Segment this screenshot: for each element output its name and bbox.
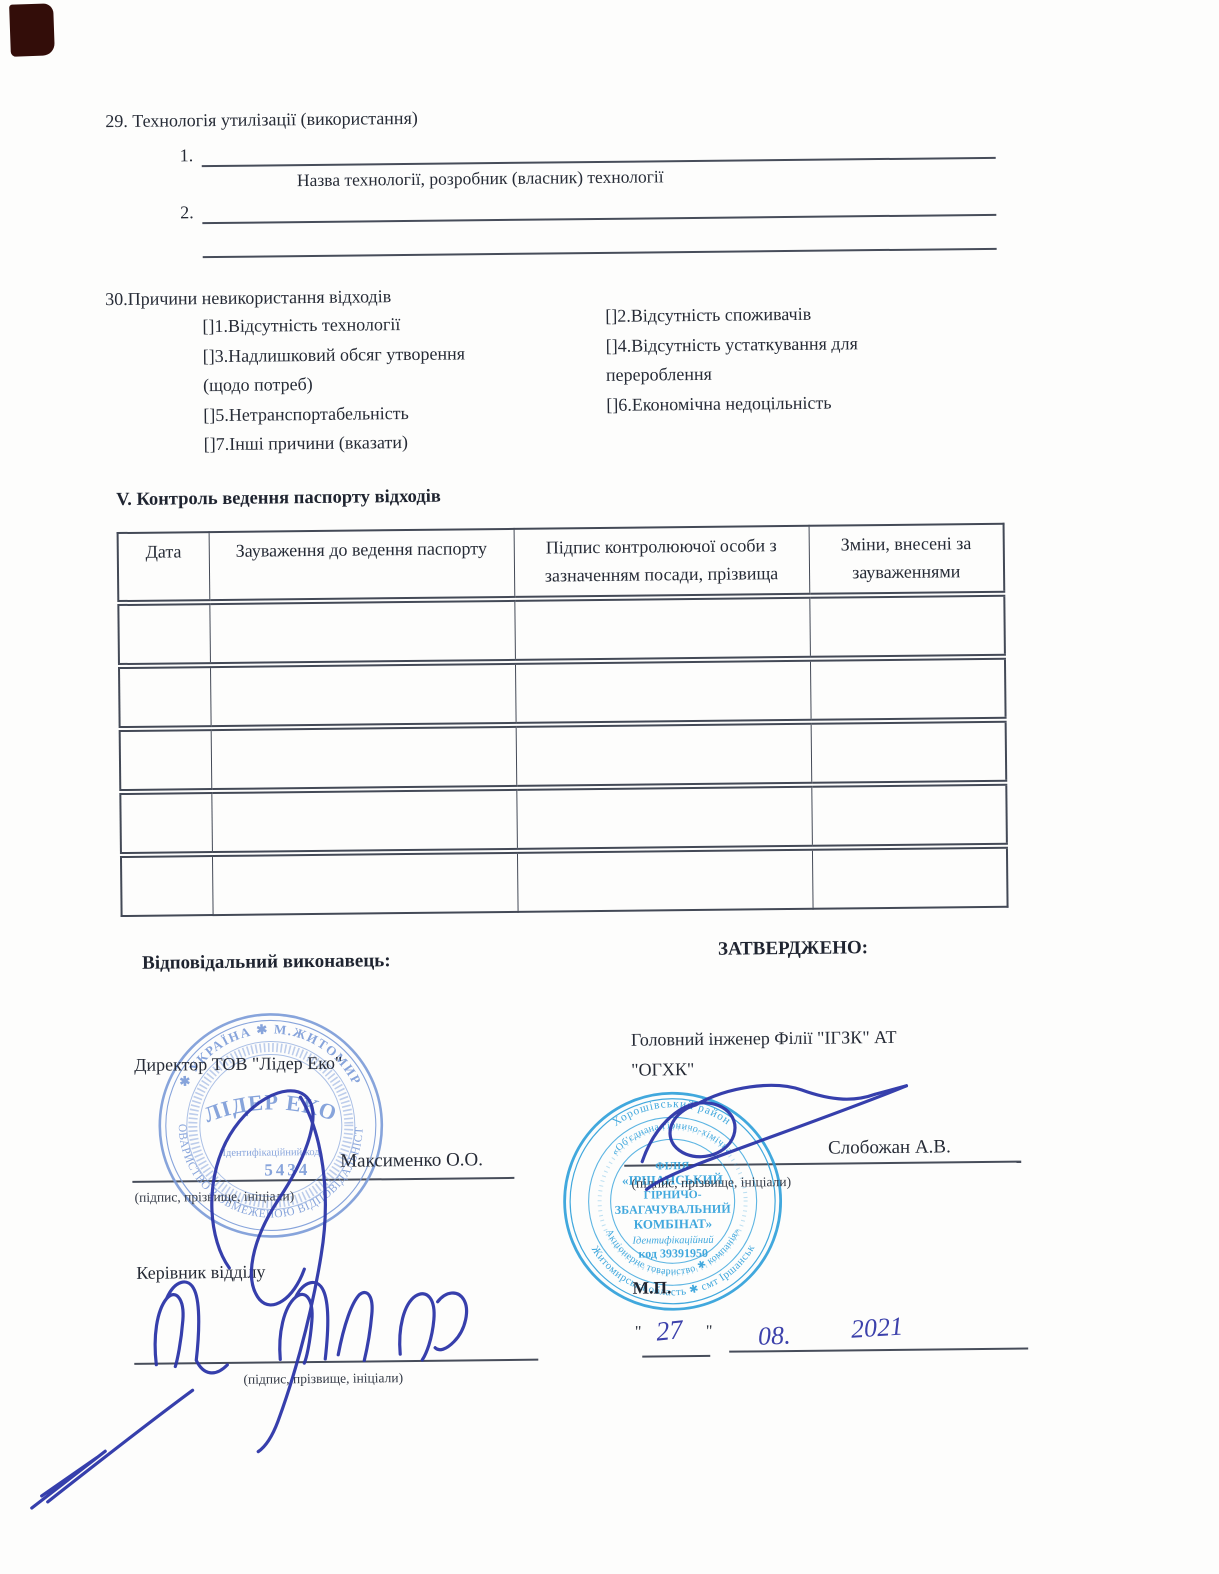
handwritten-day: 27	[655, 1314, 685, 1347]
signature-ink-flourish-double	[31, 1451, 106, 1508]
stamp-center-line-filia: ФІЛІЯ	[655, 1160, 689, 1172]
table-header-row: Дата Зауваження до ведення паспорту Підп…	[118, 524, 1005, 603]
section29-item1-number: 1.	[180, 145, 194, 166]
table-row	[120, 783, 1007, 855]
sectionV-title: V. Контроль ведення паспорту відходів	[116, 487, 441, 511]
left-signer-name: Максименко О.О.	[340, 1149, 483, 1172]
stamp-center-line-kombinat: КОМБІНАТ»	[634, 1216, 712, 1232]
irshansk-combine-round-stamp: Хорошівський район Житомирська область ✱…	[559, 1088, 785, 1314]
approved-heading: ЗАТВЕРДЖЕНО:	[718, 937, 868, 961]
responsible-executor-heading: Відповідальний виконавець:	[142, 950, 391, 975]
checkbox-item-6: []6.Економічна недоцільність	[606, 387, 918, 420]
date-day-underline	[642, 1355, 710, 1358]
scan-corner-artifact	[9, 3, 55, 57]
left-signer-role: Директор ТОВ "Лідер Еко"	[134, 1053, 342, 1076]
section30-left-list: []1.Відсутність технології []3.Надлишков…	[202, 309, 470, 459]
signature-ink-head1	[154, 1282, 227, 1374]
table-row	[119, 657, 1006, 729]
blank-line-2	[202, 214, 996, 224]
section29-item2-number: 2.	[180, 202, 194, 223]
signature-ink-head2-initials	[399, 1293, 467, 1360]
date-open-quote: "	[635, 1324, 642, 1342]
signature-ink-flourish	[47, 1390, 194, 1502]
checkbox-item-5: []5.Нетранспортабельність	[203, 398, 469, 430]
control-table: Дата Зауваження до ведення паспорту Підп…	[117, 523, 1009, 917]
right-signer-name: Слобожан А.В.	[828, 1136, 951, 1159]
scanned-document-page: 29. Технологія утилізації (використання)…	[0, 0, 1219, 1574]
signature-caption: (підпис, прізвище, ініціали)	[631, 1174, 791, 1192]
col-header-changes: Зміни, внесені за зауваженнями	[809, 524, 1005, 596]
stamp-place-label: М.П.	[632, 1277, 671, 1298]
section29-caption: Назва технології, розробник (власник) те…	[297, 166, 664, 191]
signature-ink-head2	[279, 1282, 373, 1364]
scan-content: 29. Технологія утилізації (використання)…	[0, 0, 1219, 1574]
blank-line-3	[203, 248, 997, 258]
handwritten-year: 2021	[850, 1312, 904, 1345]
section29-title: 29. Технологія утилізації (використання)	[105, 108, 418, 132]
stamp-center-line-zbagach: ЗБАГАЧУВАЛЬНИЙ	[615, 1202, 732, 1217]
signature-line	[134, 1359, 538, 1365]
checkbox-item-4: []4.Відсутність устаткування для перероб…	[606, 328, 919, 390]
handwritten-month: 08.	[757, 1320, 791, 1351]
col-header-date: Дата	[118, 532, 210, 603]
stamp-code-label: Ідентифікаційний код	[222, 1147, 320, 1159]
col-header-remarks: Зауваження до ведення паспорту	[209, 529, 515, 602]
blank-line-1	[202, 157, 996, 167]
stamp-code-digits: 5434	[264, 1160, 310, 1179]
stamp-center-line-code: код 39391950	[638, 1246, 708, 1261]
section30-title: 30.Причини невикористання відходів	[105, 286, 391, 310]
checkbox-item-7: []7.Інші причини (вказати)	[204, 427, 470, 459]
left-signer-role-2: Керівник відділу	[136, 1262, 265, 1284]
signature-caption: (підпис, прізвище, ініціали)	[243, 1370, 403, 1388]
checkbox-item-2: []2.Відсутність споживачів	[605, 299, 917, 332]
right-signer-role-line2: "ОГХК"	[631, 1059, 694, 1081]
table-row	[121, 846, 1008, 916]
col-header-signature: Підпис контролюючої особи з зазначенням …	[514, 526, 810, 599]
svg-text:«Об'єднана гірничо-хімічна: «Об'єднана гірничо-хімічна	[609, 1120, 734, 1158]
stamp-center-line-ident: Ідентифікаційний	[631, 1235, 714, 1247]
table-row	[118, 594, 1005, 666]
right-signer-role-line1: Головний інженер Філії "ІГЗК" АТ	[631, 1027, 897, 1051]
section30-right-list: []2.Відсутність споживачів []4.Відсутніс…	[605, 299, 918, 420]
lider-eko-round-stamp: ✱ УКРАЇНА ✱ М.ЖИТОМИР ТОВАРИСТВО З ОБМЕЖ…	[154, 1008, 388, 1242]
checkbox-item-3: []3.Надлишковий обсяг утворення (щодо по…	[203, 339, 470, 401]
checkbox-item-1: []1.Відсутність технології	[202, 309, 468, 341]
signature-caption: (підпис, прізвище, ініціали)	[134, 1188, 294, 1206]
stamp-inner-ring-top-text: «Об'єднана гірничо-хімічна	[609, 1120, 734, 1158]
date-close-quote: "	[706, 1323, 713, 1341]
table-row	[120, 720, 1007, 792]
